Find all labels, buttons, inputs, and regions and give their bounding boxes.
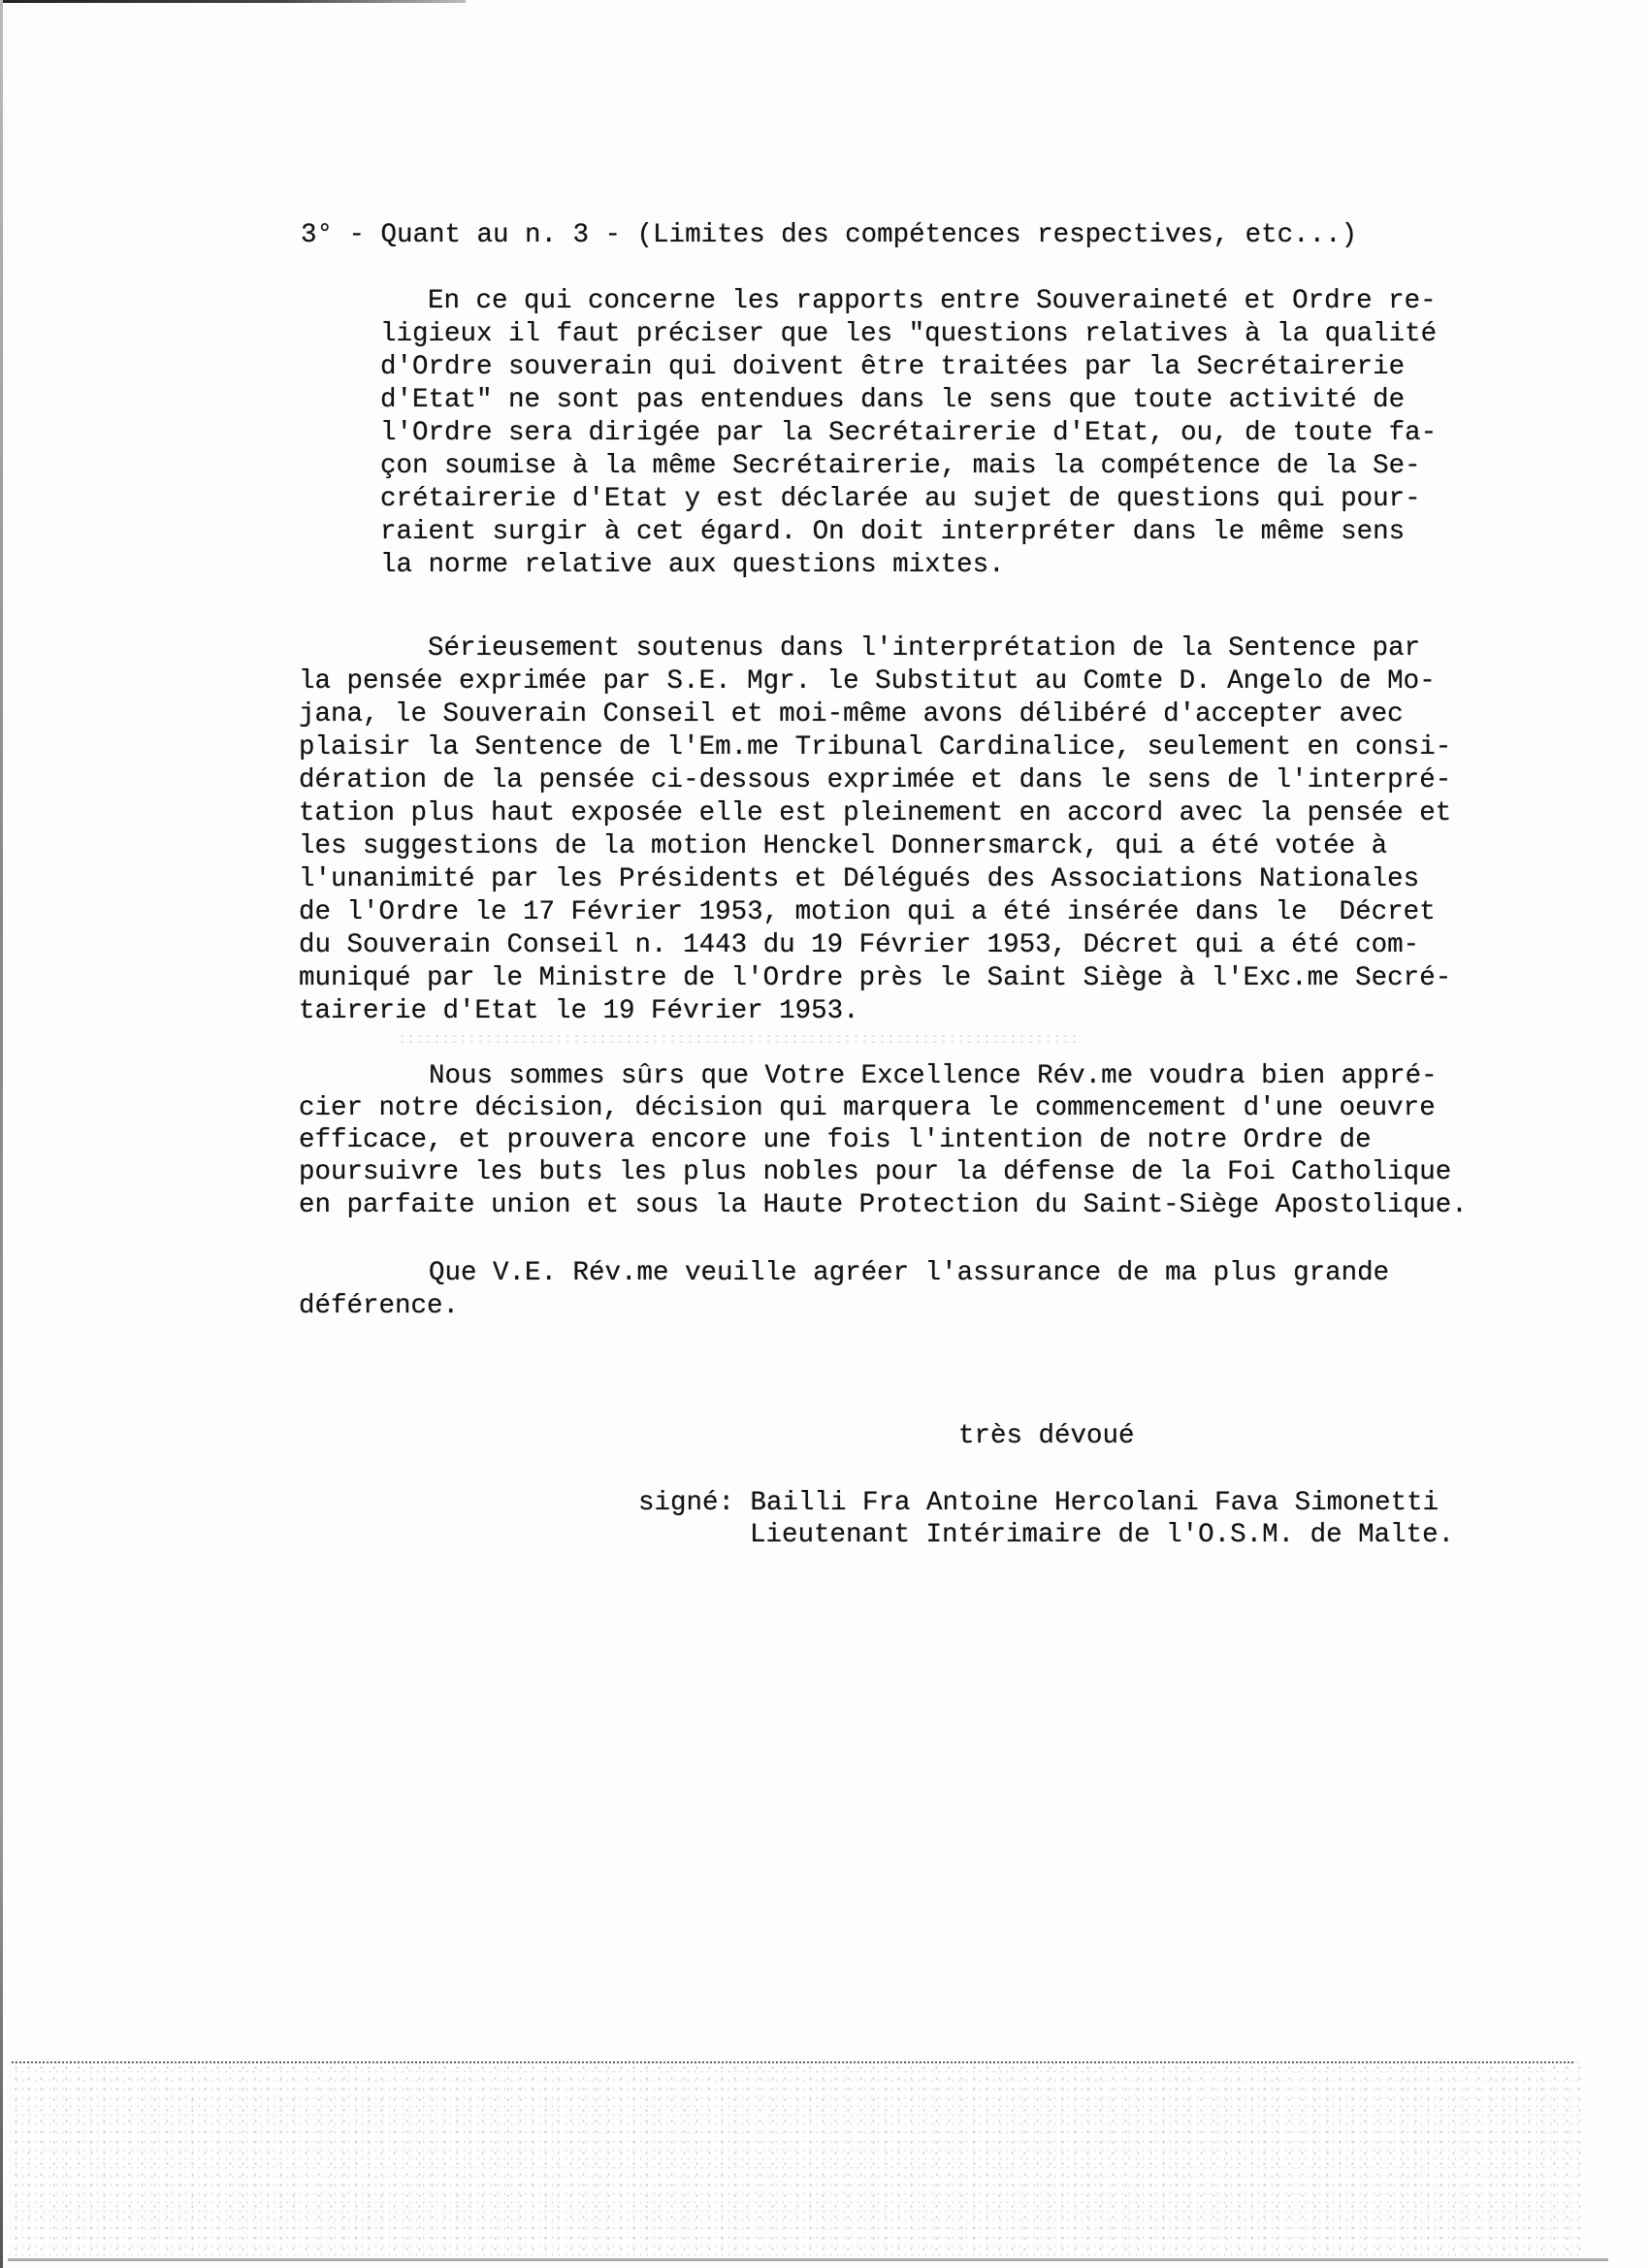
paragraph-2-line: dération de la pensée ci-dessous exprimé… [299,764,1451,797]
scan-edge-top [0,0,466,3]
paragraph-2-line: tairerie d'Etat le 19 Février 1953. [299,995,859,1028]
paragraph-1-line: la norme relative aux questions mixtes. [380,549,1005,582]
scan-smudge [398,1033,1077,1047]
paragraph-3-line: Nous sommes sûrs que Votre Excellence Ré… [429,1060,1438,1093]
paragraph-1-line: çon soumise à la même Secrétairerie, mai… [380,450,1421,483]
signature-title: Lieutenant Intérimaire de l'O.S.M. de Ma… [750,1519,1454,1552]
section-heading: 3° - Quant au n. 3 - (Limites des compét… [301,219,1357,252]
paragraph-2-line: l'unanimité par les Présidents et Délégu… [299,863,1419,896]
paragraph-4-line: déférence. [299,1290,459,1323]
signature-name: signé: Bailli Fra Antoine Hercolani Fava… [638,1487,1439,1520]
scan-edge-left [0,0,3,2268]
paragraph-3-line: cier notre décision, décision qui marque… [299,1092,1436,1125]
paragraph-3-line: poursuivre les buts les plus nobles pour… [299,1156,1451,1189]
paragraph-1-line: ligieux il faut préciser que les "questi… [380,318,1437,351]
paragraph-1-line: d'Ordre souverain qui doivent être trait… [380,351,1405,384]
paragraph-2-line: plaisir la Sentence de l'Em.me Tribunal … [299,731,1451,764]
paragraph-4-line: Que V.E. Rév.me veuille agréer l'assuran… [429,1257,1389,1290]
paragraph-2-line: Sérieusement soutenus dans l'interprétat… [428,632,1420,665]
paragraph-1-line: l'Ordre sera dirigée par la Secrétaireri… [380,417,1437,450]
paragraph-3-line: efficace, et prouvera encore une fois l'… [299,1124,1372,1157]
paragraph-1-line: d'Etat" ne sont pas entendues dans le se… [380,384,1405,417]
paragraph-2-line: de l'Ordre le 17 Février 1953, motion qu… [299,896,1436,929]
paragraph-2-line: jana, le Souverain Conseil et moi-même a… [299,698,1404,731]
paragraph-3-line: en parfaite union et sous la Haute Prote… [299,1189,1468,1222]
paragraph-1-line: raient surgir à cet égard. On doit inter… [380,516,1405,549]
closing-salutation: très dévoué [958,1420,1135,1453]
paragraph-1-line: En ce qui concerne les rapports entre So… [428,285,1437,318]
paragraph-2-line: la pensée exprimée par S.E. Mgr. le Subs… [299,665,1436,698]
scan-noise-band [10,2062,1581,2256]
document-page: 3° - Quant au n. 3 - (Limites des compét… [0,0,1649,2268]
paragraph-2-line: du Souverain Conseil n. 1443 du 19 Févri… [299,929,1419,962]
scan-bottom-edge [8,2258,1608,2261]
paragraph-2-line: tation plus haut exposée elle est pleine… [299,797,1451,830]
paragraph-2-line: muniqué par le Ministre de l'Ordre près … [299,962,1451,995]
paragraph-2-line: les suggestions de la motion Henckel Don… [299,830,1387,863]
paragraph-1-line: crétairerie d'Etat y est déclarée au suj… [380,483,1421,516]
